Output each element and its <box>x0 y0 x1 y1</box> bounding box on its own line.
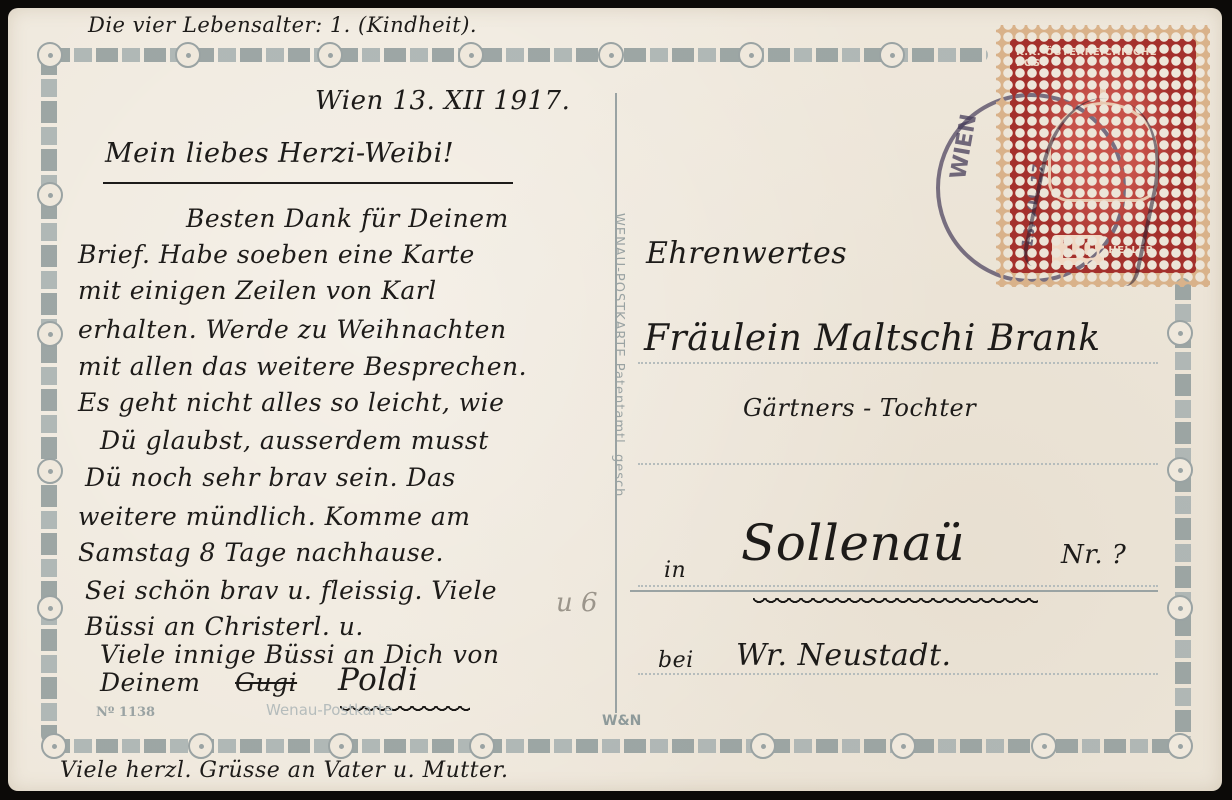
message-line: mit einigen Zeilen von Karl <box>78 276 437 305</box>
publisher-logo: W&N <box>602 713 641 729</box>
rosette-icon <box>328 733 354 759</box>
rosette-icon <box>37 595 63 621</box>
message-line: Dü noch sehr brav sein. Das <box>85 463 456 492</box>
address-bei-label: bei <box>658 648 694 673</box>
publisher-imprint: Wenau-Postkarte <box>266 701 393 719</box>
message-line: Besten Dank für Deinem <box>186 204 509 233</box>
message-line: Viele innige Büssi an Dich von <box>100 640 499 669</box>
address-recipient: Fräulein Maltschi Brank <box>644 318 1101 359</box>
rosette-icon <box>37 458 63 484</box>
address-rule <box>630 590 1158 592</box>
rosette-icon <box>37 42 63 68</box>
salutation: Mein liebes Herzi-Weibi! <box>105 138 454 169</box>
series-title: Die vier Lebensalter: 1. (Kindheit). <box>88 13 477 37</box>
signature: Poldi <box>338 662 418 698</box>
pencil-note: u 6 <box>556 588 598 618</box>
publisher-vertical-imprint: WENAU-POSTKARTE Patentamtl. gesch. <box>611 213 626 503</box>
message-line: erhalten. Werde zu Weihnachten <box>78 315 507 344</box>
rosette-icon <box>1031 733 1057 759</box>
rosette-icon <box>1167 733 1193 759</box>
address-guide-line <box>638 362 1158 364</box>
rosette-icon <box>1167 320 1193 346</box>
town-underline-flourish <box>753 598 1038 606</box>
message-line: mit allen das weitere Besprechen. <box>78 352 527 381</box>
rosette-icon <box>750 733 776 759</box>
stamp-inscription-top: K.K. ÖSTERREICHISCHE POST <box>1016 47 1190 69</box>
rosette-icon <box>879 42 905 68</box>
message-line: Büssi an Christerl. u. <box>85 612 364 641</box>
address-house-number: Nr. ? <box>1061 540 1126 570</box>
postscript: Viele herzl. Grüsse an Vater u. Mutter. <box>60 758 509 783</box>
postmark-city: WIEN <box>946 112 982 181</box>
message-line: weitere mündlich. Komme am <box>78 502 470 531</box>
address-guide-line <box>638 673 1158 675</box>
rosette-icon <box>175 42 201 68</box>
place-date: Wien 13. XII 1917. <box>315 86 570 116</box>
border-bottom <box>48 739 1188 753</box>
message-line: Samstag 8 Tage nachhause. <box>78 538 444 567</box>
rosette-icon <box>188 733 214 759</box>
rosette-icon <box>317 42 343 68</box>
rosette-icon <box>598 42 624 68</box>
rosette-icon <box>890 733 916 759</box>
rosette-icon <box>469 733 495 759</box>
rosette-icon <box>1167 595 1193 621</box>
message-line: Brief. Habe soeben eine Karte <box>78 240 475 269</box>
address-in-label: in <box>664 558 686 583</box>
struck-name: Gugi <box>235 668 297 697</box>
salutation-underline <box>103 182 513 184</box>
rosette-icon <box>41 733 67 759</box>
message-line: Sei schön brav u. fleissig. Viele <box>85 576 497 605</box>
address-guide-line <box>638 585 1158 587</box>
message-line: Es geht nicht alles so leicht, wie <box>78 388 504 417</box>
message-line: Dü glaubst, ausserdem musst <box>100 426 489 455</box>
rosette-icon <box>37 182 63 208</box>
address-district: Wr. Neustadt. <box>736 638 952 673</box>
border-left <box>41 53 57 743</box>
address-town: Sollenaü <box>741 514 965 572</box>
address-line-1: Ehrenwertes <box>646 236 847 271</box>
closing-prefix: Deinem <box>100 668 200 697</box>
address-guide-line <box>638 463 1158 465</box>
rosette-icon <box>738 42 764 68</box>
rosette-icon <box>37 321 63 347</box>
rosette-icon <box>1167 457 1193 483</box>
border-right <box>1175 278 1191 743</box>
postcard: Die vier Lebensalter: 1. (Kindheit). WEN… <box>8 8 1222 791</box>
rosette-icon <box>458 42 484 68</box>
card-number: Nº 1138 <box>96 705 155 720</box>
address-line-3: Gärtners - Tochter <box>743 394 976 422</box>
